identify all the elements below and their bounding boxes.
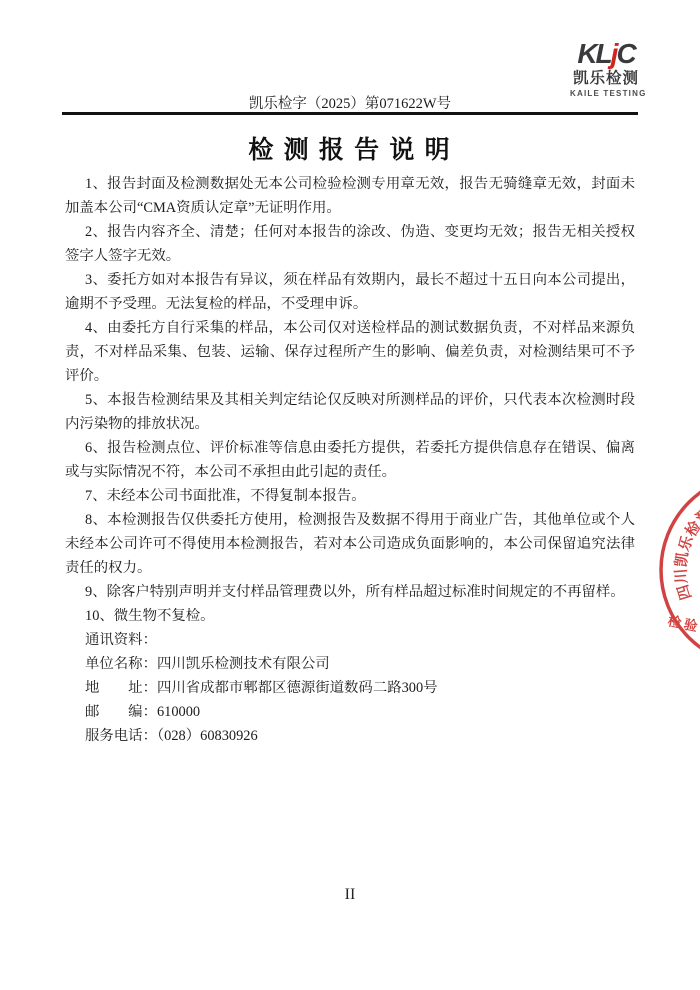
contact-address: 地 址：四川省成都市郫都区德源街道数码二路300号	[85, 676, 635, 700]
document-page: KLjC 凯乐检测 KAILE TESTING 凯乐检字（2025）第07162…	[0, 0, 700, 990]
seal-ring-char: 川	[673, 568, 691, 584]
logo-wordmark: KLjC	[570, 40, 642, 68]
contact-postcode: 邮 编：610000	[85, 700, 635, 724]
logo-letters-dark-right: C	[616, 38, 634, 69]
contact-phone: 服务电话：（028）60830926	[85, 724, 635, 748]
note-item-9: 9、除客户特别声明并支付样品管理费以外，所有样品超过标准时间规定的不再留样。	[65, 580, 635, 604]
note-item-7: 7、未经本公司书面批准，不得复制本报告。	[65, 484, 635, 508]
note-item-10: 10、微生物不复检。	[65, 604, 635, 628]
page-title: 检 测 报 告 说 明	[0, 130, 700, 166]
note-item-8: 8、本检测报告仅供委托方使用，检测报告及数据不得用于商业广告，其他单位或个人未经…	[65, 508, 635, 580]
company-logo: KLjC 凯乐检测 KAILE TESTING	[570, 40, 642, 98]
report-notes: 1、报告封面及检测数据处无本公司检验检测专用章无效，报告无骑缝章无效，封面未加盖…	[65, 172, 635, 748]
header-divider-line	[62, 112, 638, 115]
note-item-4: 4、由委托方自行采集的样品，本公司仅对送检样品的测试数据负责，不对样品来源负责，…	[65, 316, 635, 388]
contact-info: 通讯资料： 单位名称：四川凯乐检测技术有限公司 地 址：四川省成都市郫都区德源街…	[65, 628, 635, 748]
note-item-3: 3、委托方如对本报告有异议，须在样品有效期内，最长不超过十五日向本公司提出，逾期…	[65, 268, 635, 316]
company-seal-stamp: 四 川 凯 乐 检 测 技 术 有 限 公 司 检验检测专用章	[657, 470, 700, 680]
seal-circle-icon: 四 川 凯 乐 检 测 技 术 有 限 公 司 检验检测专用章	[657, 470, 700, 680]
note-item-2: 2、报告内容齐全、清楚；任何对本报告的涂改、伪造、变更均无效；报告无相关授权签字…	[65, 220, 635, 268]
seal-ring-char: 四	[674, 582, 695, 601]
logo-chinese-name: 凯乐检测	[570, 71, 642, 87]
note-item-6: 6、报告检测点位、评价标准等信息由委托方提供，若委托方提供信息存在错误、偏离或与…	[65, 436, 635, 484]
note-item-5: 5、本报告检测结果及其相关判定结论仅反映对所测样品的评价，只代表本次检测时段内污…	[65, 388, 635, 436]
logo-letters-dark-left: KL	[577, 38, 610, 69]
contact-heading: 通讯资料：	[85, 628, 635, 652]
page-number: II	[0, 886, 700, 904]
note-item-1: 1、报告封面及检测数据处无本公司检验检测专用章无效，报告无骑缝章无效，封面未加盖…	[65, 172, 635, 220]
report-number: 凯乐检字（2025）第071622W号	[0, 92, 700, 113]
contact-company-name: 单位名称：四川凯乐检测技术有限公司	[85, 652, 635, 676]
